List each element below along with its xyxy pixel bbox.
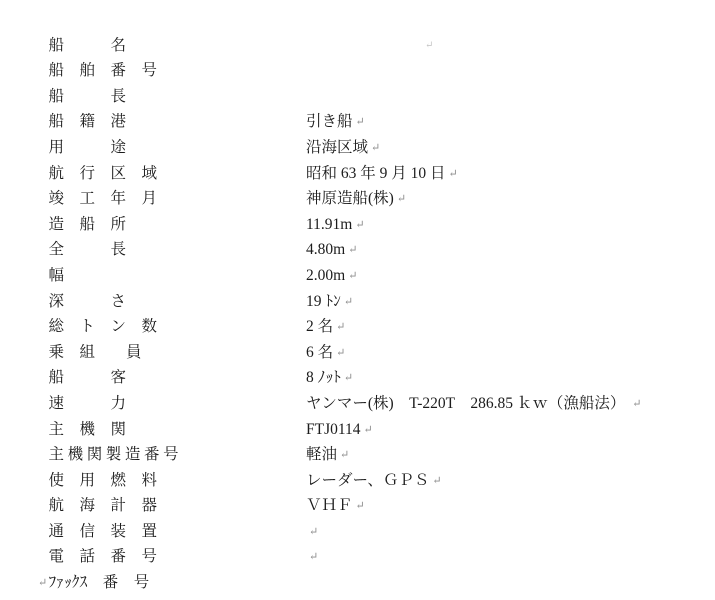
ship-spec-document: 船 名 船 舶 番 号 ↵ 船 長 船 籍 港 用 途 引き船↵ 航 行 区 域… [0, 0, 715, 600]
spec-row: 船 名 [0, 7, 715, 33]
paragraph-return-icon: ↵ [355, 219, 364, 231]
spec-row: 船 舶 番 号 ↵ [0, 33, 715, 59]
spec-row: 船 客 6 名↵ [0, 340, 715, 366]
field-value: 昭和 63 年 9 月 10 日↵ [306, 161, 458, 189]
paragraph-return-icon: ↵ [344, 296, 353, 308]
spec-row: 竣 工 年 月 昭和 63 年 9 月 10 日↵ [0, 161, 715, 187]
field-value: 11.91m↵ [306, 212, 365, 240]
paragraph-return-icon: ↵ [432, 475, 441, 487]
spec-row: 主 機 関 ヤンマー(株) T-220T 286.85 ｋｗ（漁船法） ↵ [0, 391, 715, 417]
spec-row: 速 力 8 ﾉｯﾄ↵ [0, 365, 715, 391]
trailing-paragraph: ↵ [0, 570, 715, 596]
spec-row: 通 信 装 置 ＶＨＦ↵ [0, 493, 715, 519]
paragraph-return-icon: ↵ [356, 116, 365, 128]
field-value: ↵ [306, 544, 318, 572]
spec-row: 航 海 計 器 レーダー、ＧＰＳ↵ [0, 468, 715, 494]
paragraph-return-icon: ↵ [348, 270, 357, 282]
spec-row: 使 用 燃 料 軽油↵ [0, 442, 715, 468]
field-value: 19 ﾄﾝ↵ [306, 289, 353, 317]
spec-row: 主機関製造番号 FTJ0114↵ [0, 417, 715, 443]
field-value: 8 ﾉｯﾄ↵ [306, 365, 353, 393]
field-value: レーダー、ＧＰＳ↵ [306, 468, 442, 496]
paragraph-return-icon: ↵ [371, 142, 380, 154]
spec-row: 全 長 11.91m↵ [0, 212, 715, 238]
paragraph-return-icon: ↵ [344, 372, 353, 384]
paragraph-return-icon: ↵ [348, 244, 357, 256]
field-value: FTJ0114↵ [306, 417, 373, 445]
field-value: 6 名↵ [306, 340, 345, 368]
spec-row: 船 長 [0, 58, 715, 84]
field-value: ヤンマー(株) T-220T 286.85 ｋｗ（漁船法） ↵ [306, 391, 641, 419]
field-value: 引き船↵ [306, 109, 365, 137]
paragraph-return-icon: ↵ [336, 347, 345, 359]
paragraph-return-icon: ↵ [397, 193, 406, 205]
spec-row: 航 行 区 域 沿海区域↵ [0, 135, 715, 161]
paragraph-return-icon: ↵ [632, 398, 641, 410]
spec-row: 幅 4.80m↵ [0, 237, 715, 263]
spec-row: 用 途 引き船↵ [0, 109, 715, 135]
field-value: ＶＨＦ↵ [306, 493, 365, 521]
faint-return-mark-icon: ↵ [425, 33, 433, 59]
paragraph-return-icon: ↵ [336, 321, 345, 333]
spec-row: ﾌｧｯｸｽ 番 号 ↵ [0, 544, 715, 570]
paragraph-return-icon: ↵ [364, 424, 373, 436]
paragraph-return-icon: ↵ [340, 449, 349, 461]
spec-row: 電 話 番 号 ↵ [0, 519, 715, 545]
spec-row: 総 ト ン 数 19 ﾄﾝ↵ [0, 289, 715, 315]
paragraph-return-icon: ↵ [449, 168, 458, 180]
field-value: 2 名↵ [306, 314, 345, 342]
field-value: 沿海区域↵ [306, 135, 380, 163]
field-value: 2.00m↵ [306, 263, 357, 291]
field-value: 軽油↵ [306, 442, 349, 470]
spec-row: 深 さ 2.00m↵ [0, 263, 715, 289]
spec-row: 船 籍 港 [0, 84, 715, 110]
field-value: 4.80m↵ [306, 237, 357, 265]
field-value: ↵ [306, 519, 318, 547]
paragraph-return-icon: ↵ [356, 500, 365, 512]
paragraph-return-icon: ↵ [309, 551, 318, 563]
rows-container: 船 名 船 舶 番 号 ↵ 船 長 船 籍 港 用 途 引き船↵ 航 行 区 域… [0, 7, 715, 570]
paragraph-return-icon: ↵ [38, 577, 47, 589]
field-value: 神原造船(株)↵ [306, 186, 406, 214]
paragraph-return-icon: ↵ [309, 526, 318, 538]
spec-row: 乗 組 員 2 名↵ [0, 314, 715, 340]
spec-row: 造 船 所 神原造船(株)↵ [0, 186, 715, 212]
